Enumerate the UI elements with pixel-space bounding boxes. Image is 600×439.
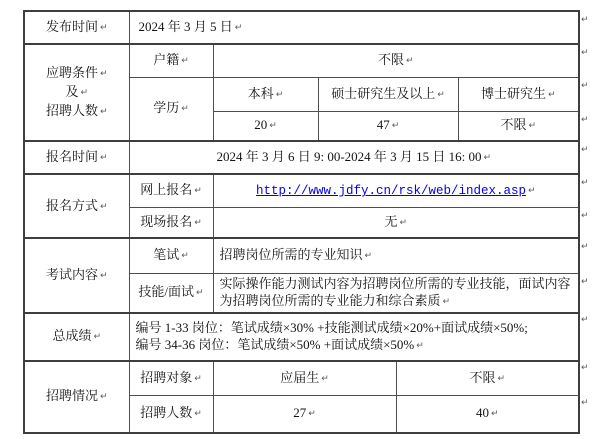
cell-end-mark-icon: ↵ [321,374,329,384]
conditions-line3: 招聘人数 [46,103,98,118]
written-exam-value-cell: 招聘岗位所需的专业知识↵ [213,238,579,273]
onsite-signup-value: 无 [384,214,397,229]
cell-end-mark-icon: ↵ [194,409,202,419]
recruit-status-label-cell: 招聘情况↵ [24,361,129,433]
written-exam-value: 招聘岗位所需的专业知识 [220,247,363,262]
education-doctor-cell: 博士研究生↵ [458,77,579,111]
cell-end-mark-icon: ↵ [437,90,445,100]
education-master-cell: 硕士研究生及以上↵ [318,77,458,111]
cell-end-mark-icon: ↵ [548,90,556,100]
row-online-signup: 报名方式↵ 网上报名↵ http://www.jdfy.cn/rsk/web/i… [24,174,579,207]
signup-method-label: 报名方式 [46,198,98,213]
cell-end-mark-icon: ↵ [100,107,108,117]
cell-end-mark-icon: ↵ [365,251,373,261]
cell-end-mark-icon: ↵ [80,88,88,98]
cell-end-mark-icon: ↵ [484,153,492,163]
signup-method-label-cell: 报名方式↵ [24,174,129,238]
cell-end-mark-icon: ↵ [181,56,189,66]
cell-end-mark-icon: ↵ [392,121,400,131]
cell-end-mark-icon: ↵ [491,409,499,419]
signup-time-value-cell: 2024 年 3 月 6 日 9: 00-2024 年 3 月 15 日 16:… [129,141,579,174]
recruit-count-label-cell: 招聘人数↵ [129,396,213,433]
recruit-count-unlimited: 40 [476,405,489,420]
row-publish-time: 发布时间↵ 2024 年 3 月 5 日↵ [24,11,579,44]
cell-end-mark-icon: ↵ [269,121,277,131]
skill-interview-label: 技能/面试 [138,284,194,299]
recruit-target-label-cell: 招聘对象↵ [129,361,213,396]
skill-interview-label-cell: 技能/面试↵ [129,273,213,313]
recruit-count-label: 招聘人数 [140,405,192,420]
recruit-target-fresh: 应届生 [280,370,319,385]
onsite-signup-label: 现场报名 [140,214,192,229]
conditions-line2: 及 [65,84,78,99]
row-end-mark-icon: ↵ [581,277,589,287]
onsite-signup-label-cell: 现场报名↵ [129,207,213,238]
education-doctor-count-cell: 不限↵ [458,111,579,141]
publish-time-value-cell: 2024 年 3 月 5 日↵ [129,11,579,44]
education-label: 学历 [153,100,179,115]
recruitment-info-table: 发布时间↵ 2024 年 3 月 5 日↵ 应聘条件↵ 及↵ 招聘人数↵ 户籍↵… [23,10,580,434]
conditions-label-cell: 应聘条件↵ 及↵ 招聘人数↵ [24,44,129,141]
cell-end-mark-icon: ↵ [400,218,408,228]
cell-end-mark-icon: ↵ [181,251,189,261]
cell-end-mark-icon: ↵ [194,374,202,384]
row-end-mark-icon: ↵ [581,115,589,125]
cell-end-mark-icon: ↵ [100,69,108,79]
skill-interview-value-cell: 实际操作能力测试内容为招聘岗位所需的专业技能，面试内容为招聘岗位所需的专业能力和… [213,273,579,313]
recruit-count-unlimited-cell: 40↵ [396,396,579,433]
cell-end-mark-icon: ↵ [100,153,108,163]
row-end-mark-icon: ↵ [581,211,589,221]
recruit-count-fresh-cell: 27↵ [213,396,396,433]
recruit-target-label: 招聘对象 [140,370,192,385]
hukou-label-cell: 户籍↵ [129,44,213,77]
online-signup-label-cell: 网上报名↵ [129,174,213,207]
row-end-mark-icon: ↵ [581,145,589,155]
education-bachelor-cell: 本科↵ [213,77,318,111]
online-signup-link[interactable]: http://www.jdfy.cn/rsk/web/index.asp [256,184,526,198]
education-label-cell: 学历↵ [129,77,213,141]
hukou-value-cell: 不限↵ [213,44,579,77]
cell-end-mark-icon: ↵ [100,392,108,402]
signup-time-label-cell: 报名时间↵ [24,141,129,174]
hukou-label: 户籍 [153,52,179,67]
recruit-target-fresh-cell: 应届生↵ [213,361,396,396]
document-page: 发布时间↵ 2024 年 3 月 5 日↵ 应聘条件↵ 及↵ 招聘人数↵ 户籍↵… [0,0,600,439]
written-exam-label: 笔试 [153,247,179,262]
cell-end-mark-icon: ↵ [93,332,101,342]
row-end-mark-icon: ↵ [581,398,589,408]
total-score-label: 总成绩 [52,328,91,343]
education-master-label: 硕士研究生及以上 [331,86,435,101]
online-signup-url-cell: http://www.jdfy.cn/rsk/web/index.asp↵ [213,174,579,207]
publish-time-label-cell: 发布时间↵ [24,11,129,44]
row-end-mark-icon: ↵ [581,81,589,91]
online-signup-label: 网上报名 [140,182,192,197]
signup-time-value: 2024 年 3 月 6 日 9: 00-2024 年 3 月 15 日 16:… [216,149,481,164]
signup-time-label: 报名时间 [46,149,98,164]
row-total-score: 总成绩↵ 编号 1-33 岗位：笔试成绩×30% +技能测试成绩×20%+面试成… [24,313,579,361]
row-signup-time: 报名时间↵ 2024 年 3 月 6 日 9: 00-2024 年 3 月 15… [24,141,579,174]
written-exam-label-cell: 笔试↵ [129,238,213,273]
cell-end-mark-icon: ↵ [100,23,108,33]
total-score-formula-2: 编号 34-36 岗位：笔试成绩×50% +面试成绩×50% [136,337,415,352]
total-score-formula-1: 编号 1-33 岗位：笔试成绩×30% +技能测试成绩×20%+面试成绩×50%… [136,320,528,335]
exam-content-label: 考试内容 [46,267,98,282]
education-bachelor-label: 本科 [248,86,274,101]
cell-end-mark-icon: ↵ [181,104,189,114]
cell-end-mark-icon: ↵ [443,297,451,307]
cell-end-mark-icon: ↵ [406,56,414,66]
cell-end-mark-icon: ↵ [196,288,204,298]
education-doctor-count: 不限 [500,117,526,132]
cell-end-mark-icon: ↵ [235,23,243,33]
cell-end-mark-icon: ↵ [416,341,424,351]
publish-time-value: 2024 年 3 月 5 日 [139,19,233,34]
recruit-target-unlimited-cell: 不限↵ [396,361,579,396]
publish-time-label: 发布时间 [46,19,98,34]
row-end-mark-icon: ↵ [581,315,589,325]
skill-interview-value: 实际操作能力测试内容为招聘岗位所需的专业技能，面试内容为招聘岗位所需的专业能力和… [220,276,571,308]
row-hukou: 应聘条件↵ 及↵ 招聘人数↵ 户籍↵ 不限↵ [24,44,579,77]
row-end-mark-icon: ↵ [581,48,589,58]
row-recruit-target: 招聘情况↵ 招聘对象↵ 应届生↵ 不限↵ [24,361,579,396]
exam-content-label-cell: 考试内容↵ [24,238,129,313]
cell-end-mark-icon: ↵ [100,271,108,281]
cell-end-mark-icon: ↵ [100,202,108,212]
education-master-count: 47 [377,117,390,132]
cell-end-mark-icon: ↵ [529,121,537,131]
recruit-status-label: 招聘情况 [46,388,98,403]
cell-end-mark-icon: ↵ [498,374,506,384]
total-score-value-cell: 编号 1-33 岗位：笔试成绩×30% +技能测试成绩×20%+面试成绩×50%… [129,313,579,361]
cell-end-mark-icon: ↵ [194,218,202,228]
cell-end-mark-icon: ↵ [528,186,536,196]
cell-end-mark-icon: ↵ [194,186,202,196]
row-end-mark-icon: ↵ [581,363,589,373]
cell-end-mark-icon: ↵ [308,409,316,419]
row-end-mark-icon: ↵ [581,15,589,25]
hukou-value: 不限 [378,52,404,67]
cell-end-mark-icon: ↵ [276,90,284,100]
education-bachelor-count: 20 [254,117,267,132]
conditions-line1: 应聘条件 [46,65,98,80]
row-end-mark-icon: ↵ [581,242,589,252]
row-end-mark-icon: ↵ [581,178,589,188]
recruit-target-unlimited: 不限 [469,370,495,385]
row-written-exam: 考试内容↵ 笔试↵ 招聘岗位所需的专业知识↵ [24,238,579,273]
education-doctor-label: 博士研究生 [481,86,546,101]
recruit-count-fresh: 27 [293,405,306,420]
total-score-label-cell: 总成绩↵ [24,313,129,361]
onsite-signup-value-cell: 无↵ [213,207,579,238]
education-master-count-cell: 47↵ [318,111,458,141]
education-bachelor-count-cell: 20↵ [213,111,318,141]
